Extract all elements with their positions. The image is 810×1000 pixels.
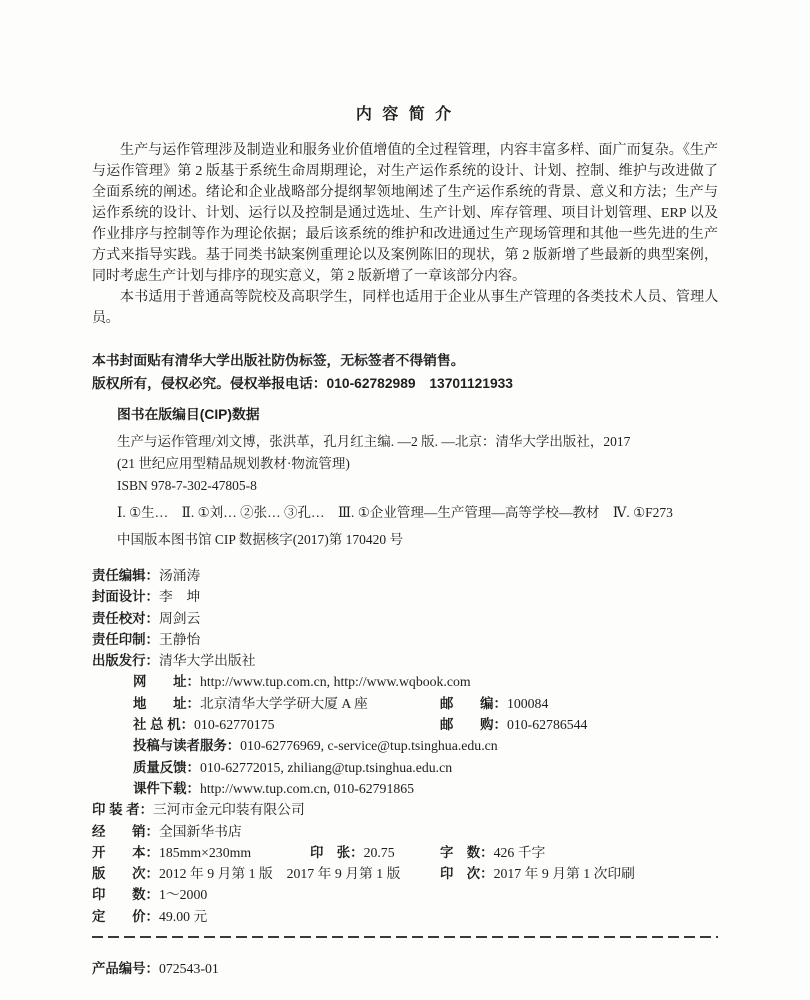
product-number-line: 产品编号：072543-01 xyxy=(92,958,718,981)
printing-row-price: 定 价：49.00 元 xyxy=(92,906,718,927)
field-value: 北京清华大学学研大厦 A 座 xyxy=(200,696,368,711)
field-value: 2012 年 9 月第 1 版 2017 年 9 月第 1 版 xyxy=(159,866,400,881)
field-label: 网 址： xyxy=(133,674,200,689)
field-label: 印 数： xyxy=(92,887,159,902)
detail-row-switchboard: 社 总 机：010-62770175 邮 购：010-62786544 xyxy=(92,714,718,735)
field-value: 王静怡 xyxy=(159,632,200,647)
field-label: 责任印制： xyxy=(92,632,159,647)
cip-series-line: (21 世纪应用型精品规划教材·物流管理) xyxy=(117,453,718,475)
printing-row-printer: 印 装 者：三河市金元印装有限公司 xyxy=(92,799,718,820)
detail-col-postcode: 邮 编：100084 xyxy=(440,693,548,715)
field-label: 责任编辑： xyxy=(92,568,159,583)
field-label: 印 装 者： xyxy=(92,802,153,817)
field-value: 20.75 xyxy=(364,845,395,860)
field-label: 课件下载： xyxy=(133,781,200,796)
field-label: 印 张： xyxy=(310,845,364,860)
credit-row-editor: 责任编辑：汤涌涛 xyxy=(92,565,718,586)
credit-row-proofreader: 责任校对：周剑云 xyxy=(92,608,718,629)
intro-paragraph-1: 生产与运作管理涉及制造业和服务业价值增值的全过程管理，内容丰富多样、面广而复杂。… xyxy=(92,140,718,287)
detail-row-courseware-download: 课件下载：http://www.tup.com.cn, 010-62791865 xyxy=(92,778,718,799)
printing-row-format: 开 本：185mm×230mm 印 张：20.75 字 数：426 千字 xyxy=(92,842,718,863)
dashed-divider xyxy=(92,936,718,938)
anti-piracy-notice: 本书封面贴有清华大学出版社防伪标签，无标签者不得销售。 版权所有，侵权必究。侵权… xyxy=(92,349,718,395)
cip-record-number: 中国版本图书馆 CIP 数据核字(2017)第 170420 号 xyxy=(117,529,718,551)
detail-col-mail-order: 邮 购：010-62786544 xyxy=(440,714,587,736)
publication-info: 责任编辑：汤涌涛 封面设计：李 坤 责任校对：周剑云 责任印制：王静怡 出版发行… xyxy=(92,565,718,927)
credit-row-cover-design: 封面设计：李 坤 xyxy=(92,586,718,607)
credit-row-print-supervisor: 责任印制：王静怡 xyxy=(92,629,718,650)
field-value: 汤涌涛 xyxy=(159,568,200,583)
field-value: 010-62772015, zhiliang@tup.tsinghua.edu.… xyxy=(200,760,452,775)
field-value: 010-62770175 xyxy=(194,717,274,732)
field-value: 426 千字 xyxy=(494,845,546,860)
field-label: 邮 编： xyxy=(440,696,507,711)
field-label: 经 销： xyxy=(92,824,159,839)
field-value: 三河市金元印装有限公司 xyxy=(153,802,305,817)
cip-classification: Ⅰ. ①生… Ⅱ. ①刘… ②张… ③孔… Ⅲ. ①企业管理—生产管理—高等学校… xyxy=(117,502,718,524)
anti-counterfeit-line: 本书封面贴有清华大学出版社防伪标签，无标签者不得销售。 xyxy=(92,349,718,372)
field-value: http://www.tup.com.cn, 010-62791865 xyxy=(200,781,414,796)
cip-isbn: ISBN 978-7-302-47805-8 xyxy=(117,475,718,497)
intro-section: 生产与运作管理涉及制造业和服务业价值增值的全过程管理，内容丰富多样、面广而复杂。… xyxy=(92,140,718,329)
printing-row-edition: 版 次：2012 年 9 月第 1 版 2017 年 9 月第 1 版 印 次：… xyxy=(92,863,718,884)
field-value: 清华大学出版社 xyxy=(159,653,256,668)
field-label: 质量反馈： xyxy=(133,760,200,775)
printing-col-impression: 印 次：2017 年 9 月第 1 次印刷 xyxy=(440,863,635,885)
field-label: 印 次： xyxy=(440,866,494,881)
detail-row-address: 地 址：北京清华大学学研大厦 A 座 邮 编：100084 xyxy=(92,693,718,714)
field-value: 李 坤 xyxy=(159,589,200,604)
field-value: 1～2000 xyxy=(159,887,207,902)
field-value: 100084 xyxy=(507,696,548,711)
cip-book-line: 生产与运作管理/刘文博，张洪革，孔月红主编. —2 版. —北京：清华大学出版社… xyxy=(117,431,718,453)
field-value: 010-62786544 xyxy=(507,717,587,732)
field-value: 2017 年 9 月第 1 次印刷 xyxy=(494,866,635,881)
intro-paragraph-2: 本书适用于普通高等院校及高职学生，同样也适用于企业从事生产管理的各类技术人员、管… xyxy=(92,287,718,329)
field-value: 010-62776969, c-service@tup.tsinghua.edu… xyxy=(240,738,498,753)
printing-row-print-run: 印 数：1～2000 xyxy=(92,884,718,905)
field-label: 投稿与读者服务： xyxy=(133,738,240,753)
field-label: 开 本： xyxy=(92,845,159,860)
field-value: 周剑云 xyxy=(159,611,200,626)
detail-row-quality-feedback: 质量反馈：010-62772015, zhiliang@tup.tsinghua… xyxy=(92,757,718,778)
printing-col-word-count: 字 数：426 千字 xyxy=(440,842,545,864)
field-label: 地 址： xyxy=(133,696,200,711)
field-label: 责任校对： xyxy=(92,611,159,626)
detail-row-reader-service: 投稿与读者服务：010-62776969, c-service@tup.tsin… xyxy=(92,735,718,756)
field-label: 版 次： xyxy=(92,866,159,881)
detail-row-website: 网 址：http://www.tup.com.cn, http://www.wq… xyxy=(92,671,718,692)
field-value: http://www.tup.com.cn, http://www.wqbook… xyxy=(200,674,471,689)
field-label: 邮 购： xyxy=(440,717,507,732)
page-title: 内 容 简 介 xyxy=(92,104,718,126)
field-value: 全国新华书店 xyxy=(159,824,242,839)
printing-col-sheets: 印 张：20.75 xyxy=(310,842,395,864)
cip-data-block: 图书在版编目(CIP)数据 生产与运作管理/刘文博，张洪革，孔月红主编. —2 … xyxy=(92,405,718,551)
field-label: 社 总 机： xyxy=(133,717,194,732)
field-value: 49.00 元 xyxy=(159,909,207,924)
cip-header: 图书在版编目(CIP)数据 xyxy=(117,405,718,425)
field-label: 出版发行： xyxy=(92,653,159,668)
field-label: 定 价： xyxy=(92,909,159,924)
copyright-page: 内 容 简 介 生产与运作管理涉及制造业和服务业价值增值的全过程管理，内容丰富多… xyxy=(0,0,810,1000)
product-number-label: 产品编号： xyxy=(92,961,159,976)
field-value: 185mm×230mm xyxy=(159,845,251,860)
field-label: 字 数： xyxy=(440,845,494,860)
copyright-line: 版权所有，侵权必究。侵权举报电话：010-62782989 1370112193… xyxy=(92,372,718,395)
credit-row-publisher: 出版发行：清华大学出版社 xyxy=(92,650,718,671)
product-number-value: 072543-01 xyxy=(159,961,219,976)
printing-row-distributor: 经 销：全国新华书店 xyxy=(92,821,718,842)
field-label: 封面设计： xyxy=(92,589,159,604)
